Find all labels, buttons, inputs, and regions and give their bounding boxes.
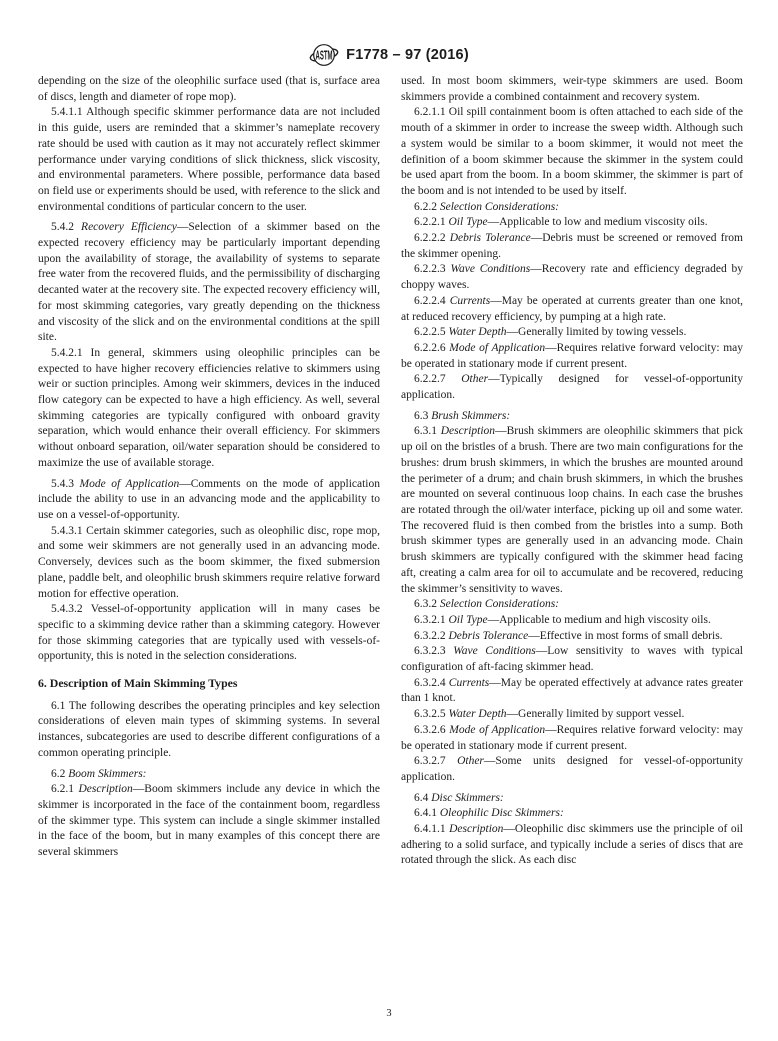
- page-footer: 3: [0, 1008, 778, 1019]
- text-run: 6.3.2.5: [414, 708, 449, 720]
- text-run: 6.3.2.1: [414, 614, 449, 626]
- italic-run: Wave Conditions: [453, 645, 536, 657]
- paragraph: 5.4.3 Mode of Application—Comments on th…: [38, 477, 380, 524]
- text-run: 6.2.2.2: [414, 232, 450, 244]
- italic-run: Water Depth: [449, 708, 507, 720]
- text-run: 6.4.1: [414, 807, 440, 819]
- paragraph: 6.2.2.7 Other—Typically designed for ves…: [401, 372, 743, 403]
- italic-run: Mode of Application: [449, 724, 545, 736]
- paragraph: 6.3.2.5 Water Depth—Generally limited by…: [401, 707, 743, 723]
- paragraph: 6.2.2 Selection Considerations:: [401, 200, 743, 216]
- text-run: 6.3.2.7: [414, 755, 457, 767]
- italic-run: Wave Conditions: [450, 263, 530, 275]
- document-code: F1778 – 97 (2016): [346, 47, 469, 63]
- paragraph: 6.2.2.4 Currents—May be operated at curr…: [401, 294, 743, 325]
- text-run: —Generally limited by towing vessels.: [507, 326, 687, 338]
- text-run: —Selection of a skimmer based on the exp…: [38, 221, 380, 343]
- italic-run: Debris Tolerance: [450, 232, 531, 244]
- paragraph: 5.4.3.1 Certain skimmer categories, such…: [38, 524, 380, 603]
- text-run: 6.2.2.1: [414, 216, 449, 228]
- text-run: —Applicable to medium and high viscosity…: [488, 614, 711, 626]
- paragraph: 6.2.2.1 Oil Type—Applicable to low and m…: [401, 215, 743, 231]
- column-left: depending on the size of the oleophilic …: [38, 74, 380, 869]
- italic-run: Currents: [450, 295, 490, 307]
- text-run: 6. Description of Main Skimming Types: [38, 676, 237, 690]
- text-run: 5.4.1.1 Although specific skimmer perfor…: [38, 106, 380, 212]
- text-run: 6.3: [414, 410, 431, 422]
- text-run: 5.4.3.2 Vessel-of-opportunity applicatio…: [38, 603, 380, 662]
- text-run: 6.1 The following describes the operatin…: [38, 700, 380, 759]
- paragraph: 5.4.1.1 Although specific skimmer perfor…: [38, 105, 380, 215]
- italic-run: Other: [457, 755, 484, 767]
- italic-run: Selection Considerations:: [440, 201, 559, 213]
- italic-run: Disc Skimmers:: [431, 792, 504, 804]
- section-heading: 6. Description of Main Skimming Types: [38, 676, 380, 692]
- text-run: 6.2.2.6: [414, 342, 449, 354]
- paragraph: used. In most boom skimmers, weir-type s…: [401, 74, 743, 105]
- text-run: 6.4.1.1: [414, 823, 449, 835]
- text-run: 6.3.2.4: [414, 677, 449, 689]
- italic-run: Description: [441, 425, 495, 437]
- paragraph: depending on the size of the oleophilic …: [38, 74, 380, 105]
- italic-run: Debris Tolerance: [449, 630, 529, 642]
- paragraph: 6.3.2.7 Other—Some units designed for ve…: [401, 754, 743, 785]
- italic-run: Currents: [449, 677, 489, 689]
- paragraph: 6.4.1.1 Description—Oleophilic disc skim…: [401, 822, 743, 869]
- italic-run: Description: [78, 783, 132, 795]
- text-run: 6.2.2.5: [414, 326, 449, 338]
- italic-run: Recovery Efficiency: [81, 221, 177, 233]
- paragraph: 6.2.1.1 Oil spill containment boom is of…: [401, 105, 743, 199]
- paragraph: 6.3.2.6 Mode of Application—Requires rel…: [401, 723, 743, 754]
- italic-run: Brush Skimmers:: [431, 410, 510, 422]
- italic-run: Mode of Application: [449, 342, 545, 354]
- text-run: —Brush skimmers are oleophilic skimmers …: [401, 425, 743, 594]
- paragraph: 6.3.1 Description—Brush skimmers are ole…: [401, 424, 743, 597]
- text-run: 5.4.2.1 In general, skimmers using oleop…: [38, 347, 380, 469]
- text-run: 6.4: [414, 792, 431, 804]
- text-run: 6.2.1.1 Oil spill containment boom is of…: [401, 106, 743, 197]
- text-run: 6.2.2.3: [414, 263, 450, 275]
- paragraph: 6.4 Disc Skimmers:: [401, 791, 743, 807]
- italic-run: Water Depth: [449, 326, 507, 338]
- text-run: 5.4.3: [51, 478, 80, 490]
- text-run: used. In most boom skimmers, weir-type s…: [401, 75, 743, 103]
- paragraph: 6.2.1 Description—Boom skimmers include …: [38, 782, 380, 861]
- text-run: 6.3.2: [414, 598, 440, 610]
- text-run: 6.3.1: [414, 425, 441, 437]
- column-right: used. In most boom skimmers, weir-type s…: [401, 74, 743, 869]
- text-run: 6.2.2.4: [414, 295, 450, 307]
- document-page: ASTM F1778 – 97 (2016) depending on the …: [0, 0, 778, 1041]
- italic-run: Boom Skimmers:: [68, 768, 146, 780]
- page-header: ASTM F1778 – 97 (2016): [0, 40, 778, 70]
- text-run: 6.2.1: [51, 783, 78, 795]
- paragraph: 5.4.2.1 In general, skimmers using oleop…: [38, 346, 380, 472]
- text-run: depending on the size of the oleophilic …: [38, 75, 380, 103]
- text-run: 5.4.3.1 Certain skimmer categories, such…: [38, 525, 380, 600]
- paragraph: 6.3.2.4 Currents—May be operated effecti…: [401, 676, 743, 707]
- paragraph: 6.3.2.2 Debris Tolerance—Effective in mo…: [401, 629, 743, 645]
- italic-run: Mode of Application: [80, 478, 180, 490]
- paragraph: 6.3.2.3 Wave Conditions—Low sensitivity …: [401, 644, 743, 675]
- paragraph: 6.1 The following describes the operatin…: [38, 699, 380, 762]
- text-run: 6.2.2: [414, 201, 440, 213]
- italic-run: Description: [449, 823, 503, 835]
- page-number: 3: [386, 1008, 391, 1019]
- text-run: 6.3.2.2: [414, 630, 449, 642]
- paragraph: 6.2.2.3 Wave Conditions—Recovery rate an…: [401, 262, 743, 293]
- paragraph: 6.3.2.1 Oil Type—Applicable to medium an…: [401, 613, 743, 629]
- italic-run: Other: [461, 373, 488, 385]
- text-run: 6.3.2.3: [414, 645, 453, 657]
- text-run: —Applicable to low and medium viscosity …: [488, 216, 708, 228]
- two-column-text-body: depending on the size of the oleophilic …: [38, 74, 743, 869]
- paragraph: 6.2.2.2 Debris Tolerance—Debris must be …: [401, 231, 743, 262]
- paragraph: 6.2.2.5 Water Depth—Generally limited by…: [401, 325, 743, 341]
- paragraph: 6.2 Boom Skimmers:: [38, 767, 380, 783]
- text-run: 6.2: [51, 768, 68, 780]
- italic-run: Selection Considerations:: [440, 598, 559, 610]
- paragraph: 5.4.3.2 Vessel-of-opportunity applicatio…: [38, 602, 380, 665]
- text-run: 6.2.2.7: [414, 373, 461, 385]
- paragraph: 6.3.2 Selection Considerations:: [401, 597, 743, 613]
- italic-run: Oil Type: [449, 614, 488, 626]
- svg-text:ASTM: ASTM: [316, 48, 333, 62]
- paragraph: 6.2.2.6 Mode of Application—Requires rel…: [401, 341, 743, 372]
- paragraph: 6.4.1 Oleophilic Disc Skimmers:: [401, 806, 743, 822]
- text-run: —Effective in most forms of small debris…: [528, 630, 722, 642]
- paragraph: 6.3 Brush Skimmers:: [401, 409, 743, 425]
- text-run: —Generally limited by support vessel.: [507, 708, 685, 720]
- italic-run: Oleophilic Disc Skimmers:: [440, 807, 564, 819]
- astm-logo-icon: ASTM: [309, 42, 339, 68]
- paragraph: 5.4.2 Recovery Efficiency—Selection of a…: [38, 220, 380, 346]
- text-run: 5.4.2: [51, 221, 81, 233]
- text-run: 6.3.2.6: [414, 724, 449, 736]
- italic-run: Oil Type: [449, 216, 488, 228]
